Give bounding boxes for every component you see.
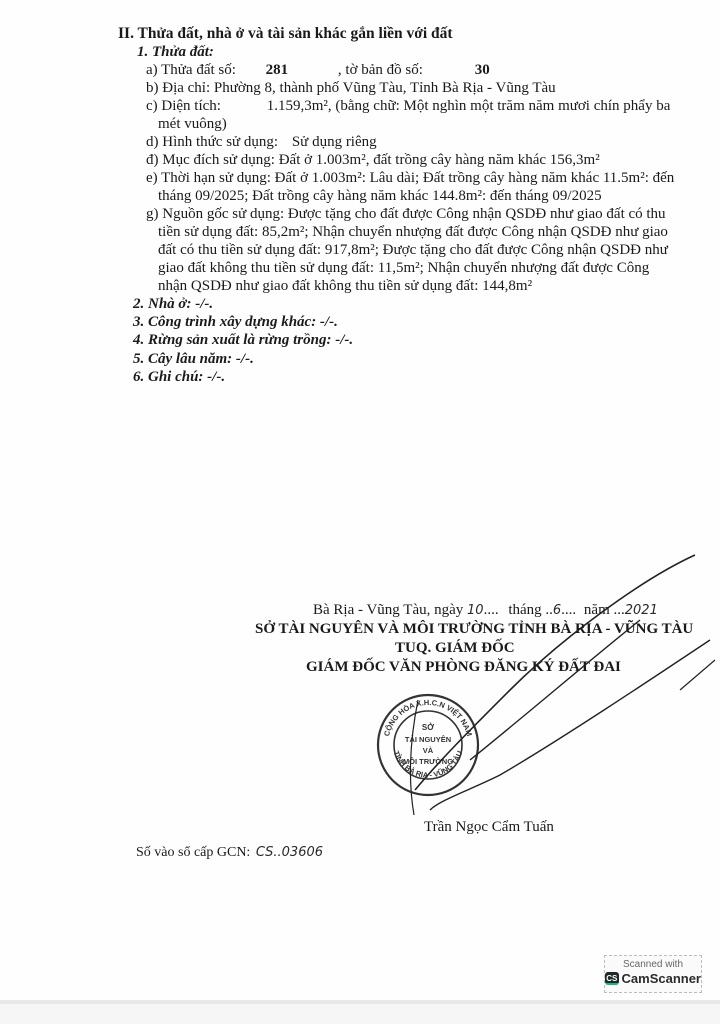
registry-label: Số vào sổ cấp GCN: bbox=[136, 845, 250, 860]
page-bottom-edge bbox=[0, 1000, 720, 1024]
signer-name: Trần Ngọc Cẩm Tuấn bbox=[424, 818, 554, 836]
camscanner-watermark: Scanned with CS CamScanner bbox=[604, 955, 702, 993]
camscanner-logo-icon: CS bbox=[605, 972, 619, 985]
watermark-brand: CamScanner bbox=[622, 971, 701, 986]
document-page: II. Thửa đất, nhà ở và tài sản khác gắn … bbox=[0, 0, 720, 1000]
signature-strokes bbox=[0, 0, 720, 1000]
registry-number: CS..03606 bbox=[256, 845, 323, 860]
registry-row: Số vào sổ cấp GCN: CS..03606 bbox=[136, 844, 323, 862]
watermark-caption: Scanned with bbox=[605, 959, 701, 970]
